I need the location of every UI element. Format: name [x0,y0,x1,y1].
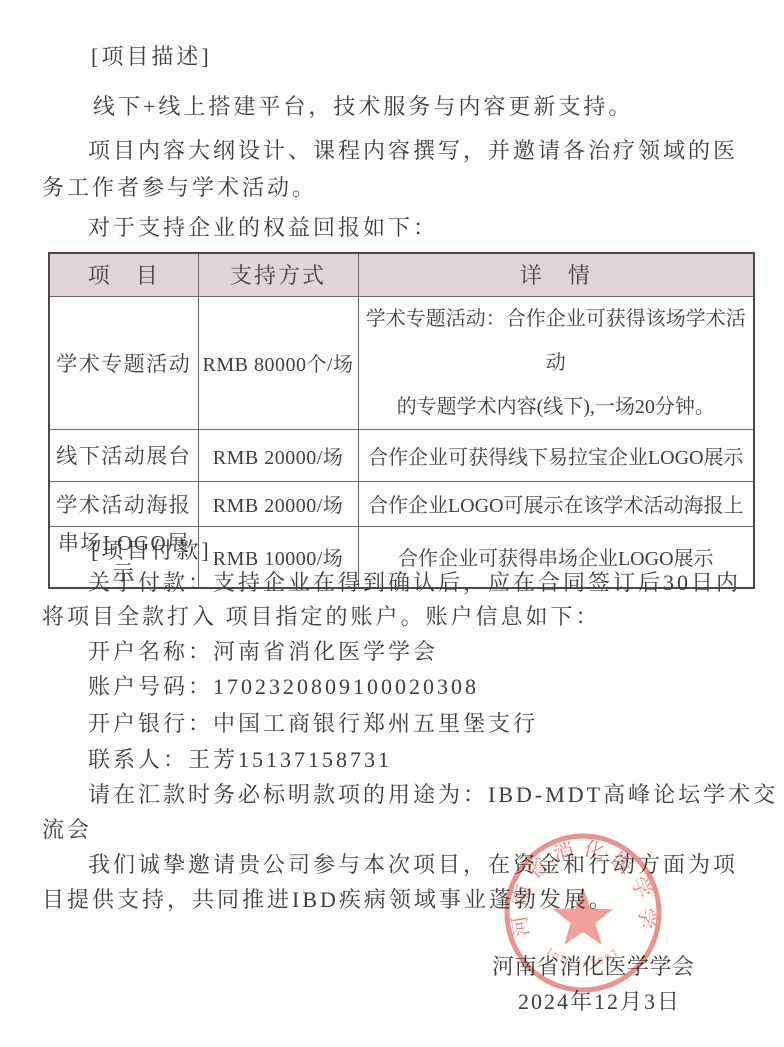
cell-price: RMB 20000/场 [198,429,358,481]
paragraph-benefits-intro: 对于支持企业的权益回报如下： [88,216,438,240]
cell-item: 学术专题活动 [49,296,198,429]
invitation-line2: 目提供支持，共同推进IBD疾病领域事业蓬勃发展。 [42,888,614,912]
contact-person: 联系人：王芳15137158731 [88,748,392,772]
payment-line1: 关于付款：支持企业在得到确认后，应在合同签订后30日内 [88,571,741,595]
cell-item: 线下活动展台 [49,429,198,481]
cell-item: 学术活动海报 [49,481,198,526]
detail-line: 的专题学术内容(线下),一场20分钟。 [361,385,752,429]
detail-line: 合作企业可获得线下易拉宝企业LOGO展示 [361,441,752,470]
section-heading-payment: [项目付款] [91,539,212,563]
table-row: 学术活动海报 RMB 20000/场 合作企业LOGO可展示在该学术活动海报上 [49,481,754,526]
seal-ring-text: 河南省消化医学学会 [495,825,659,939]
detail-line: 学术专题活动：合作企业可获得该场学术活动 [361,297,752,385]
table-row: 学术专题活动 RMB 80000个/场 学术专题活动：合作企业可获得该场学术活动… [49,296,754,429]
account-bank: 开户银行：中国工商银行郑州五里堡支行 [88,712,538,736]
account-number: 账户号码：1702320809100020308 [88,675,479,699]
account-name: 开户名称：河南省消化医学学会 [88,640,438,664]
paragraph-content-line1: 项目内容大纲设计、课程内容撰写，并邀请各治疗领域的医 [88,139,738,163]
payment-line2: 将项目全款打入 项目指定的账户。账户信息如下： [42,605,601,629]
detail-line: 合作企业LOGO可展示在该学术活动海报上 [361,489,752,518]
cell-detail: 合作企业LOGO可展示在该学术活动海报上 [358,481,754,526]
section-heading-description: [项目描述] [91,45,212,69]
table-header-row: 项 目 支持方式 详 情 [49,253,754,296]
cell-detail: 学术专题活动：合作企业可获得该场学术活动 的专题学术内容(线下),一场20分钟。 [358,296,754,429]
cell-price: RMB 80000个/场 [198,296,358,429]
remit-note-line1: 请在汇款时务必标明款项的用途为：IBD-MDT高峰论坛学术交 [88,783,778,807]
signature-organization: 河南省消化医学学会 [492,955,695,979]
table-header-detail: 详 情 [358,253,754,296]
scanned-document-page: [项目描述] 线下+线上搭建平台，技术服务与内容更新支持。 项目内容大纲设计、课… [0,0,784,1047]
cell-detail: 合作企业可获得线下易拉宝企业LOGO展示 [358,429,754,481]
remit-note-line2: 流会 [42,818,92,842]
table-header-method: 支持方式 [198,253,358,296]
table-row: 线下活动展台 RMB 20000/场 合作企业可获得线下易拉宝企业LOGO展示 [49,429,754,481]
signature-date: 2024年12月3日 [518,990,681,1014]
detail-line: 合作企业可获得串场企业LOGO展示 [361,542,752,571]
paragraph-platform: 线下+线上搭建平台，技术服务与内容更新支持。 [93,95,633,119]
table-header-item: 项 目 [49,253,198,296]
paragraph-content-line2: 务工作者参与学术活动。 [42,176,317,200]
invitation-line1: 我们诚挚邀请贵公司参与本次项目，在资金和行动方面为项 [88,853,738,877]
cell-price: RMB 20000/场 [198,481,358,526]
